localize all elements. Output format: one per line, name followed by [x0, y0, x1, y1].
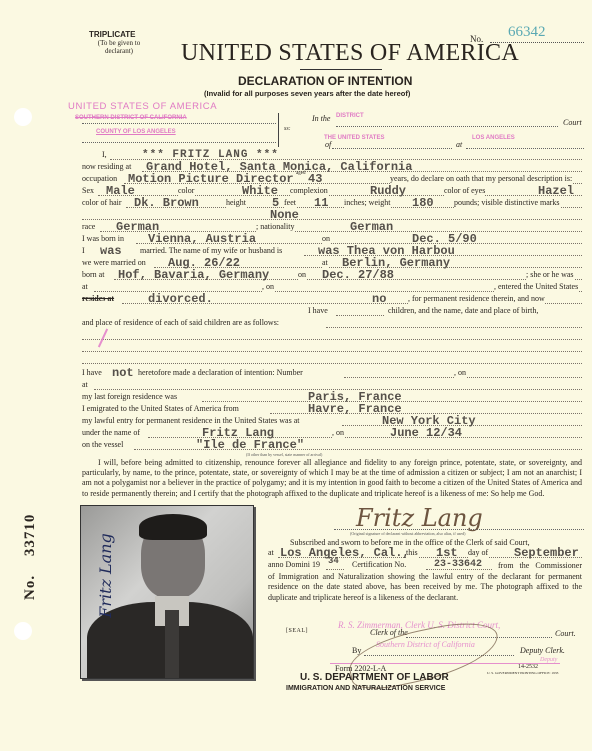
venue-brace	[278, 113, 279, 147]
in-the-label: In the	[312, 114, 330, 123]
photo-hair	[139, 514, 207, 540]
court-label-2: Court.	[555, 629, 576, 638]
resides-label: resides at	[82, 293, 114, 305]
court-of: THE UNITED STATES	[324, 135, 384, 141]
permanent-label: , for permanent residence therein, and n…	[408, 293, 545, 305]
department-label: U. S. DEPARTMENT OF LABOR	[300, 672, 449, 683]
marks-value: None	[270, 209, 299, 221]
of-label: of	[325, 140, 331, 149]
birthplace-value: Vienna, Austria	[148, 233, 256, 245]
punch-hole	[14, 622, 32, 640]
race-label: race	[82, 221, 95, 233]
i-label: I,	[102, 149, 107, 161]
jurat-body: from the Commissioner of Immigration and…	[268, 561, 582, 603]
entered-label: , entered the United States	[494, 281, 578, 293]
prior-at-label: at	[82, 379, 88, 391]
marriage-i-label: I	[82, 245, 85, 257]
title-rule	[300, 69, 382, 70]
deputy-stamp: Deputy	[540, 657, 557, 663]
signature-line	[334, 529, 584, 530]
height-inches-value: 11	[314, 197, 328, 209]
entry-on-label: , on	[332, 427, 344, 439]
hair-value: Dk. Brown	[134, 197, 199, 209]
she-label: ; she or he was	[526, 269, 574, 281]
copy-note-line-2: declarant)	[86, 47, 152, 55]
deputy-label: Deputy Clerk.	[520, 646, 565, 655]
photo-tie	[165, 610, 179, 678]
spouse-born-on-label: on	[298, 269, 306, 281]
side-number-value: 33710	[22, 514, 38, 557]
vessel-label: on the vessel	[82, 439, 123, 451]
born-at-label: born at	[82, 269, 104, 281]
printer-label: U. S. GOVERNMENT PRINTING OFFICE: 1933	[487, 671, 558, 675]
nationality-label: ; nationality	[256, 221, 294, 233]
service-label: IMMIGRATION AND NATURALIZATION SERVICE	[286, 685, 445, 692]
jurat-this-label: this	[406, 547, 418, 559]
on-label-2: , on	[262, 281, 274, 293]
vessel-value: "Ile de France"	[196, 439, 304, 451]
age-value: 43	[308, 173, 322, 185]
number-line	[490, 42, 584, 43]
punch-hole	[14, 108, 32, 126]
side-number-label: No.	[22, 575, 38, 600]
at-label-2: at	[82, 281, 88, 293]
venue-stamp-line-1: UNITED STATES OF AMERICA	[68, 101, 217, 112]
photo-signature: Fritz Lang	[96, 533, 115, 618]
hair-label: color of hair	[82, 197, 122, 209]
entry-date-value: June 12/34	[390, 427, 462, 439]
complexion-value: Ruddy	[370, 185, 406, 197]
seal-label: [SEAL]	[286, 628, 308, 634]
court-at: LOS ANGELES	[472, 135, 515, 141]
declarant-signature: Fritz Lang	[356, 504, 483, 532]
venue-stamp-line-2: SOUTHERN DISTRICT OF CALIFORNIA	[75, 115, 187, 121]
jurat-place-value: Los Angeles, Cal.,	[280, 547, 410, 559]
children-list-label: and place of residence of each of said c…	[82, 317, 279, 329]
eyes-value: Hazel	[538, 185, 574, 197]
vessel-caption: (If other than by vessel, state manner o…	[246, 452, 322, 457]
venue-line-1	[82, 123, 276, 124]
form-subtitle: DECLARATION OF INTENTION	[238, 74, 412, 88]
validity-note: (Invalid for all purposes seven years af…	[204, 89, 410, 98]
sex-label: Sex	[82, 185, 94, 197]
court-line	[336, 126, 558, 127]
side-number: No. 33710	[22, 514, 39, 600]
emigrated-label: I emigrated to the United States of Amer…	[82, 403, 239, 415]
weight-value: 180	[412, 197, 434, 209]
ss-label: ss:	[284, 126, 291, 132]
prior-declaration-value: not	[112, 367, 134, 379]
prior-suffix: heretofore made a declaration of intenti…	[138, 367, 303, 379]
jurat-day-value: 1st	[436, 547, 458, 559]
marital-status-value: was	[100, 245, 122, 257]
jurat-day-of-label: day of	[468, 547, 488, 559]
declarant-photo: Fritz Lang	[80, 505, 254, 679]
nationality-value: German	[350, 221, 393, 233]
residing-label: now residing at	[82, 161, 131, 173]
have-label: I have	[308, 305, 328, 317]
venue-line-2	[82, 142, 276, 143]
sex-value: Male	[106, 185, 135, 197]
court-label: Court	[563, 118, 582, 127]
last-residence-label: my last foreign residence was	[82, 391, 177, 403]
children-count-value: no	[372, 293, 386, 305]
court-type: DISTRICT	[336, 113, 364, 119]
venue-stamp-line-3: COUNTY OF LOS ANGELES	[96, 129, 176, 135]
children-label: children, and the name, date and place o…	[388, 305, 538, 317]
inches-label: inches; weight	[344, 197, 390, 209]
oath-paragraph: I will, before being admitted to citizen…	[82, 458, 582, 499]
height-label: height	[226, 197, 246, 209]
signature-caption: (Original signature of declarant without…	[350, 531, 465, 536]
prior-on-label: , on	[454, 367, 466, 379]
weight-suffix: pounds; visible distinctive marks	[454, 197, 560, 209]
aged-label: aged	[296, 168, 305, 180]
jurat-month-value: September	[514, 547, 579, 559]
jurat-at-label: at	[268, 547, 274, 559]
page-title: UNITED STATES OF AMERICA	[181, 40, 519, 67]
eyes-label: color of eyes	[444, 185, 485, 197]
spouse-birthplace-value: Hof, Bavaria, Germany	[118, 269, 269, 281]
jurat-body-text: from the Commissioner of Immigration and…	[268, 561, 582, 602]
under-name-label: under the name of	[82, 427, 140, 439]
copy-label: TRIPLICATE	[89, 30, 136, 39]
at-label: at	[456, 140, 462, 149]
copy-note-line-1: (To be given to	[86, 39, 152, 47]
prior-label: I have	[82, 367, 102, 379]
copy-note: (To be given to declarant)	[86, 39, 152, 55]
spouse-birth-date-value: Dec. 27/88	[322, 269, 394, 281]
resides-value: divorced.	[148, 293, 213, 305]
document-number: 66342	[508, 24, 546, 41]
number-label: No.	[470, 34, 483, 44]
print-number: 14-2532	[518, 664, 538, 670]
